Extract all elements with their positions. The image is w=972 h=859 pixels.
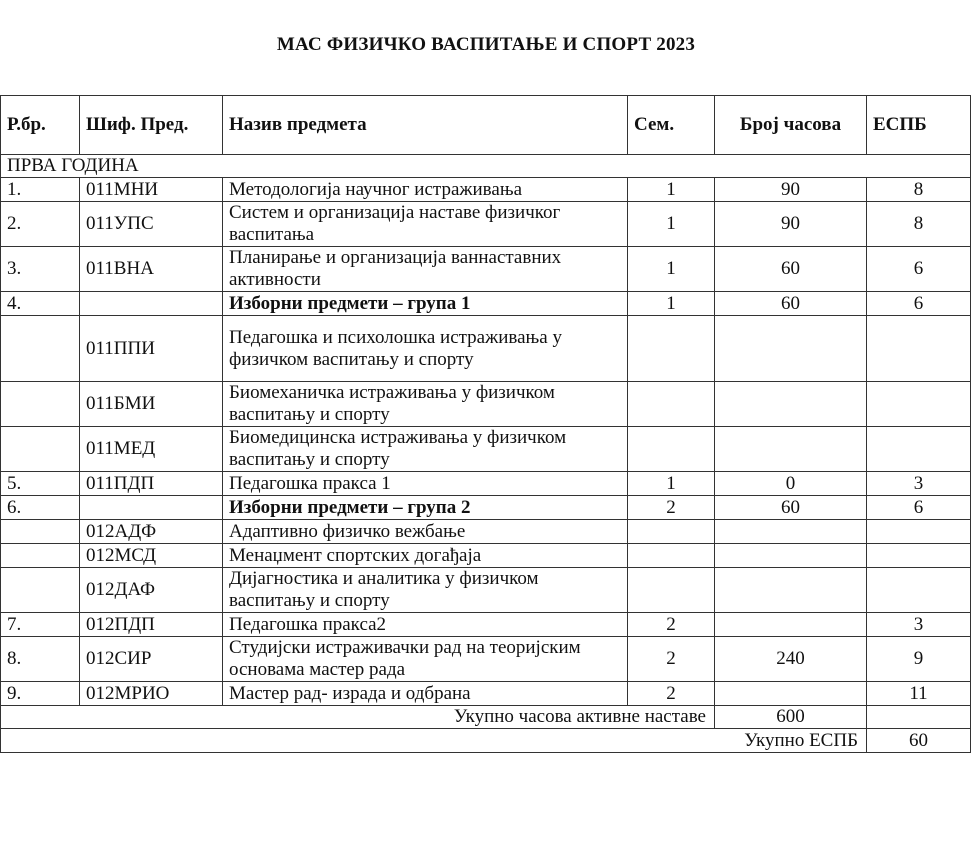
cell-name: Педагошка и психолошка истраживања у физ…	[223, 316, 628, 382]
table-row: 2.011УПССистем и организација наставе фи…	[1, 202, 971, 247]
cell-sem	[628, 544, 715, 568]
total-hours-row: Укупно часова активне наставе600	[1, 706, 971, 729]
cell-code	[80, 292, 223, 316]
cell-sem: 2	[628, 496, 715, 520]
cell-ects: 6	[867, 496, 971, 520]
cell-ects: 8	[867, 178, 971, 202]
header-name: Назив предмета	[223, 96, 628, 155]
cell-hours	[715, 613, 867, 637]
cell-ects: 6	[867, 292, 971, 316]
table-row: 7.012ПДППедагошка пракса223	[1, 613, 971, 637]
table-row: 011ППИПедагошка и психолошка истраживања…	[1, 316, 971, 382]
total-hours-value: 600	[715, 706, 867, 729]
table-row: 5.011ПДППедагошка пракса 1103	[1, 472, 971, 496]
cell-num: 1.	[1, 178, 80, 202]
cell-hours: 60	[715, 292, 867, 316]
curriculum-table: Р.бр. Шиф. Пред. Назив предмета Сем. Бро…	[0, 95, 971, 753]
cell-name: Биомеханичка истраживања у физичком васп…	[223, 382, 628, 427]
table-row: 3.011ВНАПланирање и организација ваннаст…	[1, 247, 971, 292]
cell-name: Педагошка пракса2	[223, 613, 628, 637]
table-row: 011БМИБиомеханичка истраживања у физичко…	[1, 382, 971, 427]
cell-num: 3.	[1, 247, 80, 292]
cell-num	[1, 568, 80, 613]
cell-code: 012ДАФ	[80, 568, 223, 613]
cell-num	[1, 427, 80, 472]
cell-code: 012МСД	[80, 544, 223, 568]
cell-code: 012МРИО	[80, 682, 223, 706]
cell-name: Изборни предмети – група 2	[223, 496, 628, 520]
cell-num: 7.	[1, 613, 80, 637]
header-code: Шиф. Пред.	[80, 96, 223, 155]
cell-ects	[867, 316, 971, 382]
cell-hours	[715, 568, 867, 613]
cell-hours	[715, 520, 867, 544]
cell-sem	[628, 568, 715, 613]
cell-num: 2.	[1, 202, 80, 247]
cell-sem	[628, 427, 715, 472]
cell-hours: 90	[715, 202, 867, 247]
header-sem: Сем.	[628, 96, 715, 155]
cell-sem: 1	[628, 202, 715, 247]
cell-code: 011УПС	[80, 202, 223, 247]
cell-code: 011МЕД	[80, 427, 223, 472]
cell-name: Мастер рад- израда и одбрана	[223, 682, 628, 706]
header-ects: ЕСПБ	[867, 96, 971, 155]
cell-num: 6.	[1, 496, 80, 520]
cell-sem	[628, 520, 715, 544]
cell-num	[1, 382, 80, 427]
cell-name: Систем и организација наставе физичког в…	[223, 202, 628, 247]
cell-code: 012АДФ	[80, 520, 223, 544]
cell-num	[1, 544, 80, 568]
cell-sem: 1	[628, 292, 715, 316]
cell-code: 011ППИ	[80, 316, 223, 382]
cell-ects	[867, 544, 971, 568]
total-ects-label: Укупно ЕСПБ	[1, 729, 867, 753]
cell-name: Менаџмент спортских догађаја	[223, 544, 628, 568]
cell-code: 011МНИ	[80, 178, 223, 202]
cell-name: Биомедицинска истраживања у физичком вас…	[223, 427, 628, 472]
cell-sem: 2	[628, 613, 715, 637]
table-row: 012МСДМенаџмент спортских догађаја	[1, 544, 971, 568]
cell-hours	[715, 382, 867, 427]
table-row: 1.011МНИМетодологија научног истраживања…	[1, 178, 971, 202]
cell-hours: 60	[715, 496, 867, 520]
table-row: 8.012СИРСтудијски истраживачки рад на те…	[1, 637, 971, 682]
cell-hours: 240	[715, 637, 867, 682]
cell-code	[80, 496, 223, 520]
cell-hours: 0	[715, 472, 867, 496]
year-row: ПРВА ГОДИНА	[1, 155, 971, 178]
cell-ects	[867, 568, 971, 613]
cell-code: 011ПДП	[80, 472, 223, 496]
table-row: 9.012МРИОМастер рад- израда и одбрана211	[1, 682, 971, 706]
total-hours-label: Укупно часова активне наставе	[1, 706, 715, 729]
total-ects-row: Укупно ЕСПБ60	[1, 729, 971, 753]
cell-name: Изборни предмети – група 1	[223, 292, 628, 316]
cell-name: Дијагностика и аналитика у физичком васп…	[223, 568, 628, 613]
cell-num	[1, 316, 80, 382]
cell-name: Методологија научног истраживања	[223, 178, 628, 202]
cell-ects: 11	[867, 682, 971, 706]
total-ects-value: 60	[867, 729, 971, 753]
cell-name: Педагошка пракса 1	[223, 472, 628, 496]
cell-name: Планирање и организација ваннаставних ак…	[223, 247, 628, 292]
total-hours-empty	[867, 706, 971, 729]
cell-name: Студијски истраживачки рад на теоријским…	[223, 637, 628, 682]
cell-sem: 2	[628, 682, 715, 706]
cell-hours	[715, 544, 867, 568]
cell-hours: 90	[715, 178, 867, 202]
header-hours: Број часова	[715, 96, 867, 155]
table-row: 012ДАФДијагностика и аналитика у физичко…	[1, 568, 971, 613]
cell-hours	[715, 316, 867, 382]
cell-sem	[628, 382, 715, 427]
document-title: МАС ФИЗИЧКО ВАСПИТАЊЕ И СПОРТ 2023	[0, 34, 972, 56]
cell-code: 012ПДП	[80, 613, 223, 637]
cell-ects: 8	[867, 202, 971, 247]
table-row: 012АДФАдаптивно физичко вежбање	[1, 520, 971, 544]
cell-hours	[715, 682, 867, 706]
cell-sem: 1	[628, 472, 715, 496]
cell-hours	[715, 427, 867, 472]
cell-hours: 60	[715, 247, 867, 292]
header-num: Р.бр.	[1, 96, 80, 155]
cell-ects: 6	[867, 247, 971, 292]
cell-ects: 3	[867, 472, 971, 496]
cell-ects	[867, 382, 971, 427]
header-row: Р.бр. Шиф. Пред. Назив предмета Сем. Бро…	[1, 96, 971, 155]
cell-code: 011БМИ	[80, 382, 223, 427]
table-row: 011МЕДБиомедицинска истраживања у физичк…	[1, 427, 971, 472]
table-row: 6.Изборни предмети – група 22606	[1, 496, 971, 520]
cell-sem: 1	[628, 247, 715, 292]
cell-ects	[867, 427, 971, 472]
cell-name: Адаптивно физичко вежбање	[223, 520, 628, 544]
cell-ects: 3	[867, 613, 971, 637]
table-row: 4.Изборни предмети – група 11606	[1, 292, 971, 316]
cell-num: 8.	[1, 637, 80, 682]
cell-num: 5.	[1, 472, 80, 496]
cell-num: 4.	[1, 292, 80, 316]
cell-ects	[867, 520, 971, 544]
year-label: ПРВА ГОДИНА	[1, 155, 971, 178]
cell-num: 9.	[1, 682, 80, 706]
cell-code: 012СИР	[80, 637, 223, 682]
cell-num	[1, 520, 80, 544]
cell-code: 011ВНА	[80, 247, 223, 292]
cell-sem: 1	[628, 178, 715, 202]
cell-sem: 2	[628, 637, 715, 682]
cell-ects: 9	[867, 637, 971, 682]
cell-sem	[628, 316, 715, 382]
